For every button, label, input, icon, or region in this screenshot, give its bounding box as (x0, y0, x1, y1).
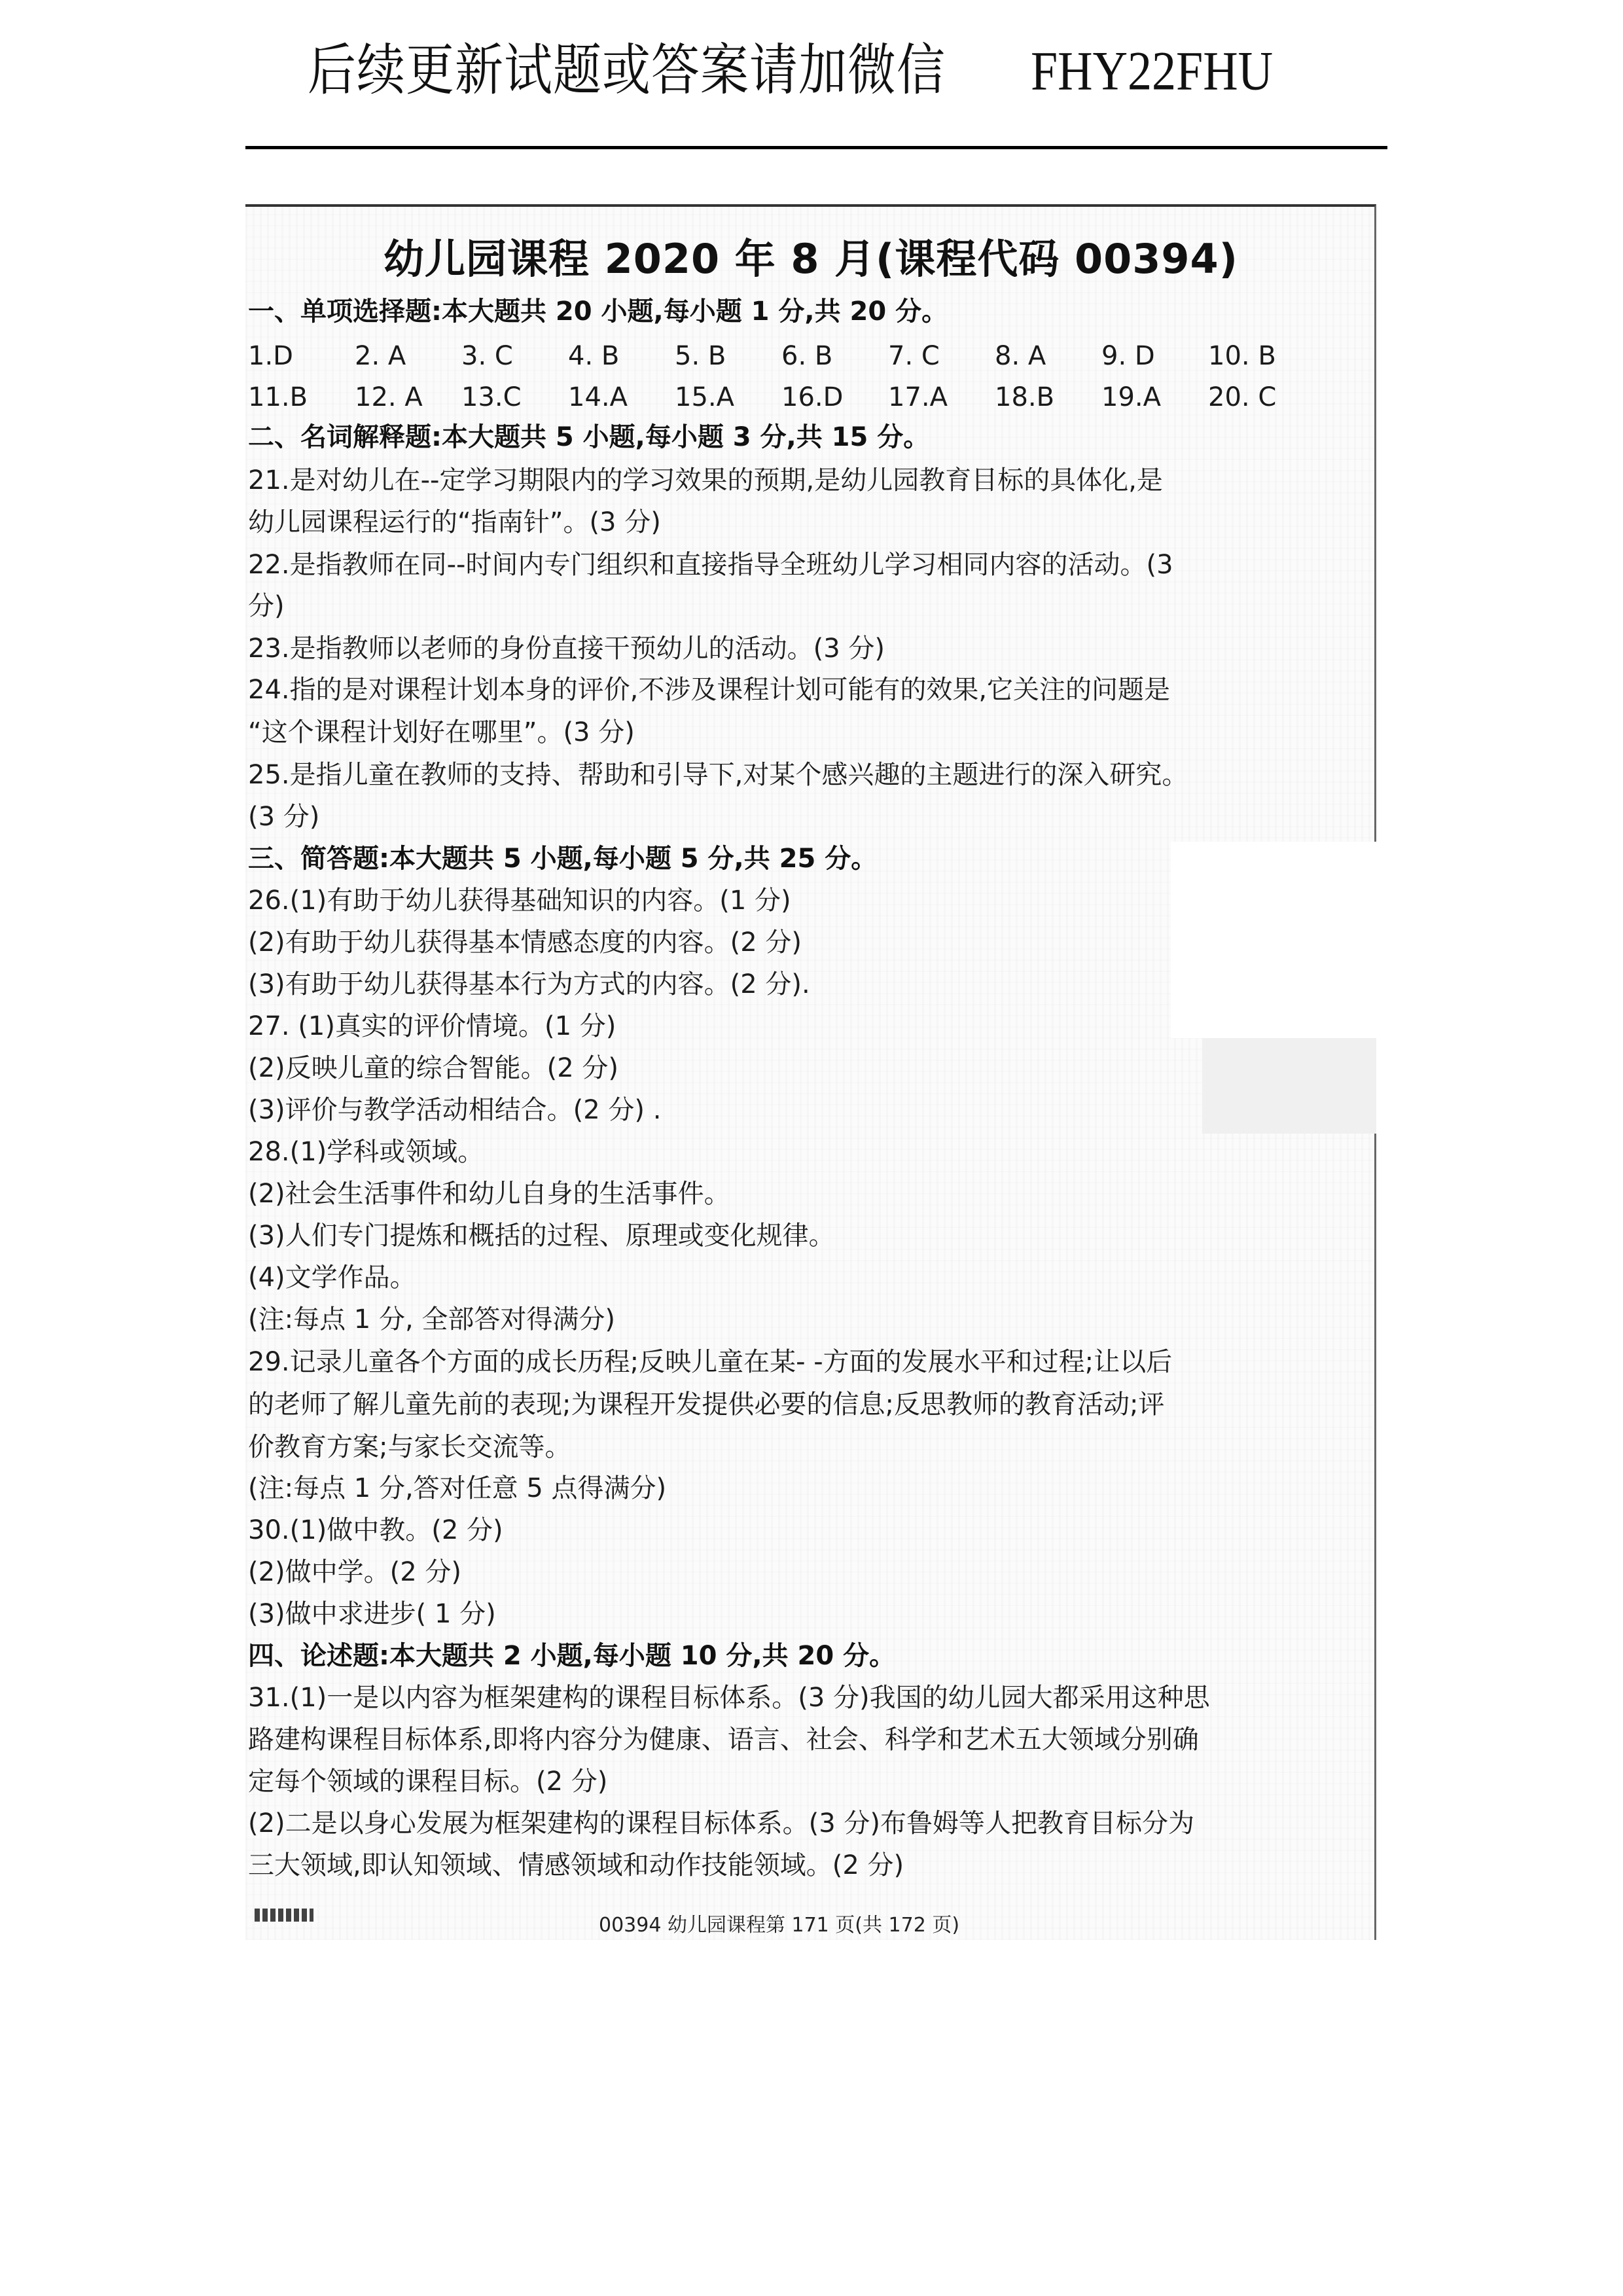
answer-item: 20. C (1208, 382, 1315, 412)
answer-line: (2)二是以身心发展为框架建构的课程目标体系。(3 分)布鲁姆等人把教育目标分为 (248, 1810, 1194, 1837)
redacted-gray-block (1202, 1038, 1376, 1134)
watermark-text: 后续更新试题或答案请加微信 (308, 38, 946, 103)
answer-line: (3)有助于幼儿获得基本行为方式的内容。(2 分). (248, 971, 810, 997)
answer-item: 4. B (568, 341, 675, 371)
answer-line: 23.是指教师以老师的身份直接干预幼儿的活动。(3 分) (248, 636, 885, 662)
header-divider (245, 146, 1387, 149)
answer-line: 定每个领域的课程目标。(2 分) (248, 1768, 607, 1795)
answer-line: 29.记录儿童各个方面的成长历程;反映儿童在某- -方面的发展水平和过程;让以后 (248, 1349, 1172, 1375)
answer-line: (3)人们专门提炼和概括的过程、原理或变化规律。 (248, 1223, 835, 1249)
answer-line: (2)做中学。(2 分) (248, 1559, 461, 1585)
answer-line: 25.是指儿童在教师的支持、帮助和引导下,对某个感兴趣的主题进行的深入研究。 (248, 762, 1188, 788)
answer-line: 31.(1)一是以内容为框架建构的课程目标体系。(3 分)我国的幼儿园大都采用这… (248, 1685, 1210, 1711)
section1-heading: 一、单项选择题:本大题共 20 小题,每小题 1 分,共 20 分。 (248, 298, 948, 325)
answer-item: 19.A (1101, 382, 1208, 412)
page-footer: 00394 幼儿园课程第 171 页(共 172 页) (599, 1909, 959, 1937)
answer-line: 分) (248, 593, 285, 619)
answer-item: 13.C (461, 382, 568, 412)
answer-item: 15.A (675, 382, 781, 412)
answer-line: (3 分) (248, 804, 319, 830)
answer-line: 价教育方案;与家长交流等。 (248, 1434, 571, 1460)
redacted-white-block (1171, 842, 1376, 1038)
answer-line: (2)反映儿童的综合智能。(2 分) (248, 1055, 618, 1081)
answer-row-1: 1.D2. A3. C4. B5. B6. B7. C8. A9. D10. B (248, 341, 1315, 371)
answer-item: 12. A (355, 382, 461, 412)
answer-item: 1.D (248, 341, 355, 371)
answer-item: 9. D (1101, 341, 1208, 371)
answer-line: “这个课程计划好在哪里”。(3 分) (248, 719, 635, 745)
watermark-header: 后续更新试题或答案请加微信FHY22FHU (308, 26, 1355, 124)
scoring-note: (注:每点 1 分, 全部答对得满分) (248, 1306, 615, 1333)
answer-item: 17.A (888, 382, 995, 412)
section4-heading: 四、论述题:本大题共 2 小题,每小题 10 分,共 20 分。 (248, 1643, 895, 1669)
answer-line: 幼儿园课程运行的“指南针”。(3 分) (248, 509, 661, 535)
answer-line: (2)社会生活事件和幼儿自身的生活事件。 (248, 1181, 730, 1207)
answer-item: 18.B (995, 382, 1101, 412)
answer-line: (4)文学作品。 (248, 1265, 416, 1291)
answer-item: 3. C (461, 341, 568, 371)
section2-heading: 二、名词解释题:本大题共 5 小题,每小题 3 分,共 15 分。 (248, 424, 929, 450)
answer-line: 22.是指教师在同--时间内专门组织和直接指导全班幼儿学习相同内容的活动。(3 (248, 552, 1173, 578)
answer-line: 的老师了解儿童先前的表现;为课程开发提供必要的信息;反思教师的教育活动;评 (248, 1391, 1164, 1418)
answer-line: (2)有助于幼儿获得基本情感态度的内容。(2 分) (248, 929, 802, 956)
answer-line: 路建构课程目标体系,即将内容分为健康、语言、社会、科学和艺术五大领域分别确 (248, 1727, 1199, 1753)
answer-item: 6. B (781, 341, 888, 371)
answer-line: 30.(1)做中教。(2 分) (248, 1517, 503, 1543)
footer-cropped-text (255, 1909, 313, 1922)
answer-line: 26.(1)有助于幼儿获得基础知识的内容。(1 分) (248, 888, 791, 914)
answer-line: (3)做中求进步( 1 分) (248, 1601, 496, 1627)
document-title: 幼儿园课程 2020 年 8 月(课程代码 00394) (245, 226, 1376, 285)
answer-line: 24.指的是对课程计划本身的评价,不涉及课程计划可能有的效果,它关注的问题是 (248, 677, 1170, 703)
answer-row-2: 11.B12. A13.C14.A15.A16.D17.A18.B19.A20.… (248, 382, 1315, 412)
answer-item: 5. B (675, 341, 781, 371)
answer-line: 三大领域,即认知领域、情感领域和动作技能领域。(2 分) (248, 1852, 904, 1878)
answer-item: 11.B (248, 382, 355, 412)
answer-item: 8. A (995, 341, 1101, 371)
section3-heading: 三、简答题:本大题共 5 小题,每小题 5 分,共 25 分。 (248, 846, 877, 872)
answer-item: 2. A (355, 341, 461, 371)
answer-item: 16.D (781, 382, 888, 412)
scoring-note: (注:每点 1 分,答对任意 5 点得满分) (248, 1475, 666, 1501)
scanned-page: 幼儿园课程 2020 年 8 月(课程代码 00394) 一、单项选择题:本大题… (245, 204, 1376, 1940)
answer-line: 21.是对幼儿在--定学习期限内的学习效果的预期,是幼儿园教育目标的具体化,是 (248, 467, 1163, 493)
answer-line: 28.(1)学科或领域。 (248, 1139, 484, 1165)
answer-item: 7. C (888, 341, 995, 371)
answer-line: (3)评价与教学活动相结合。(2 分) . (248, 1097, 661, 1123)
answer-item: 10. B (1208, 341, 1315, 371)
wechat-id: FHY22FHU (1031, 41, 1273, 102)
answer-item: 14.A (568, 382, 675, 412)
answer-line: 27. (1)真实的评价情境。(1 分) (248, 1013, 616, 1039)
